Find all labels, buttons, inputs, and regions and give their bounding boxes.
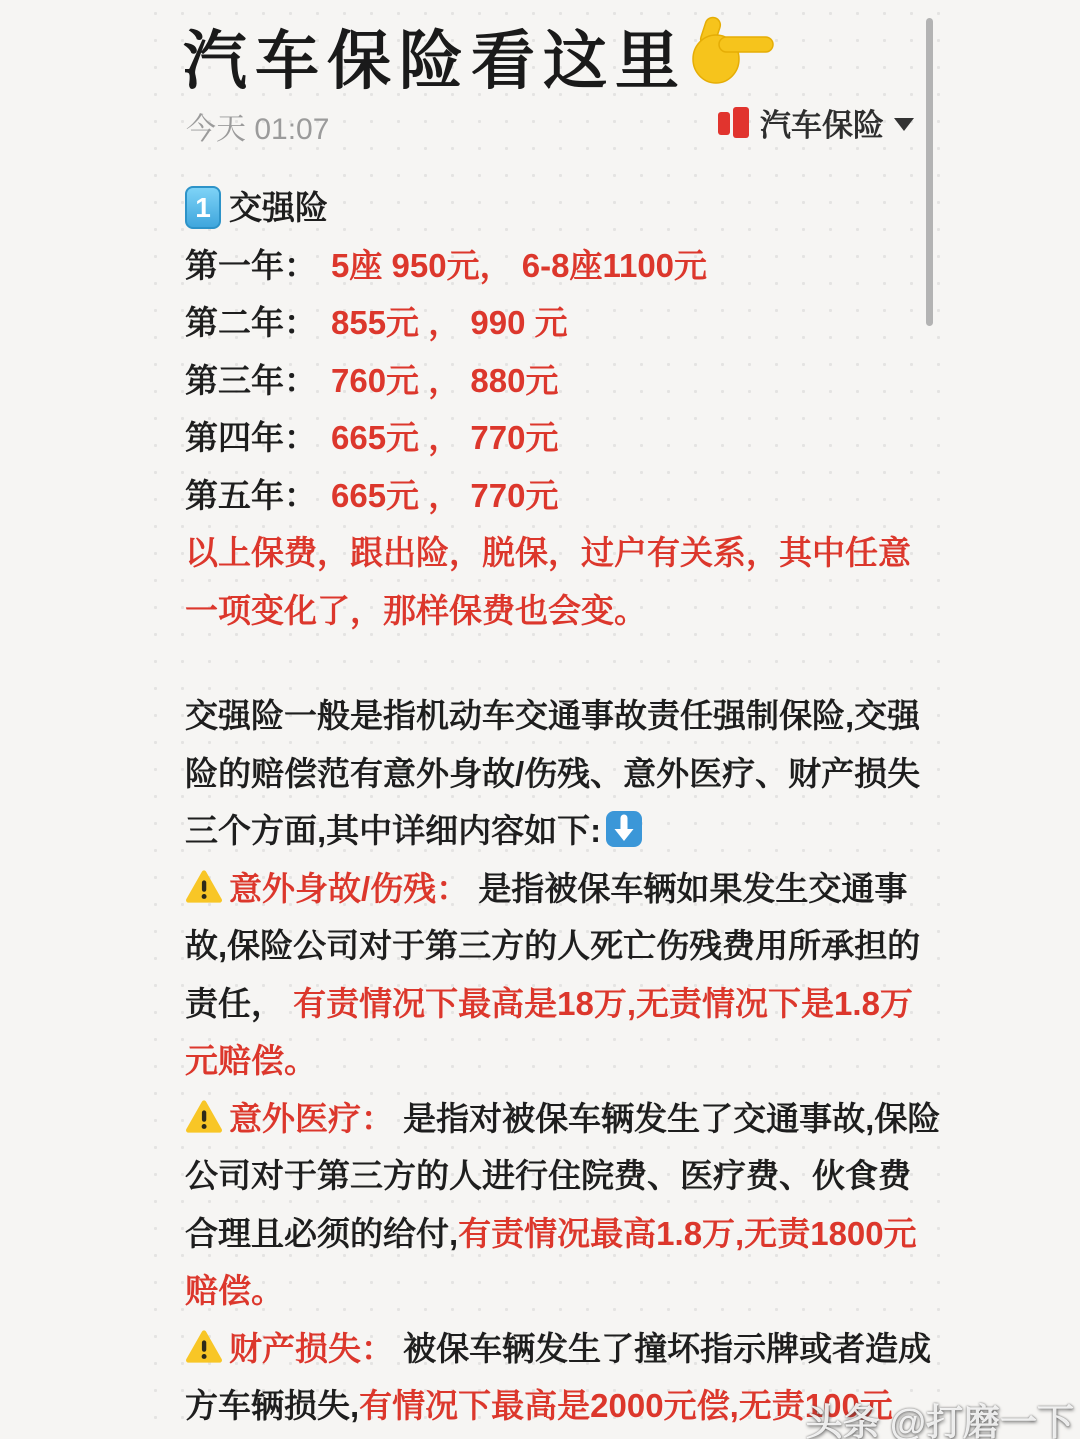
post-timestamp: 今天 01:07 xyxy=(186,104,329,148)
premium-note: 以上保费，跟出险，脱保，过户有关系，其中任意 一项变化了，那样保费也会变。 xyxy=(185,524,965,639)
row-label: 第四年： xyxy=(185,419,317,456)
row-value: 5座 950元， 6-8座1100元 xyxy=(331,247,707,284)
row-label: 第一年： xyxy=(185,247,317,284)
topic-tag[interactable]: 汽车保险 xyxy=(718,100,914,145)
price-row: 第四年：665元 ， 770元 xyxy=(185,409,965,467)
price-row: 第五年：665元 ， 770元 xyxy=(185,467,965,525)
term-title: 意外身故/伤残： xyxy=(229,870,469,907)
paragraph-shengu: 意外身故/伤残： 是指被保车辆如果发生交通事 故,保险公司对于第三方的人死亡伤残… xyxy=(185,860,965,1090)
post-title-text: 汽车保险看这里 xyxy=(183,10,687,102)
section-header-jiaoqiangxian: 1 交强险 xyxy=(185,179,965,237)
row-value: 665元 ， 770元 xyxy=(331,419,558,456)
warning-icon xyxy=(185,1095,223,1153)
pointing-right-icon xyxy=(689,15,777,102)
watermark: 头条 @打磨一下 xyxy=(806,1392,1074,1439)
down-arrow-icon xyxy=(605,808,643,866)
row-value: 855元 ， 990 元 xyxy=(331,304,568,341)
article-badge-icon xyxy=(718,106,750,140)
intro-paragraph: 交强险一般是指机动车交通事故责任强制保险,交强 险的赔偿范有意外身故/伤残、意外… xyxy=(185,687,965,860)
row-value: 760元 ， 880元 xyxy=(331,362,558,399)
row-value: 665元 ， 770元 xyxy=(331,477,558,514)
chevron-down-icon xyxy=(894,118,914,131)
term-highlight: 有责情况下最高是18万,无责情况下是1.8万 元赔偿。 xyxy=(185,985,913,1080)
intro-text: 交强险一般是指机动车交通事故责任强制保险,交强 险的赔偿范有意外身故/伤残、意外… xyxy=(185,697,920,849)
post-body: 1 交强险 第一年：5座 950元， 6-8座1100元 第二年：855元 ， … xyxy=(185,179,965,1435)
paragraph-yiliao: 意外医疗： 是指对被保车辆发生了交通事故,保险 公司对于第三方的人进行住院费、医… xyxy=(185,1090,965,1320)
topic-label: 汽车保险 xyxy=(760,100,884,145)
term-title: 意外医疗： xyxy=(229,1100,394,1137)
row-label: 第五年： xyxy=(185,477,317,514)
keycap-1-number: 1 xyxy=(195,179,211,237)
row-label: 第二年： xyxy=(185,304,317,341)
keycap-1-icon: 1 xyxy=(185,186,221,229)
row-label: 第三年： xyxy=(185,362,317,399)
warning-icon xyxy=(185,865,223,923)
price-row: 第二年：855元 ， 990 元 xyxy=(185,294,965,352)
warning-icon xyxy=(185,1325,223,1383)
post-title: 汽车保险看这里 xyxy=(183,10,777,102)
section-title: 交强险 xyxy=(229,179,328,237)
price-row: 第一年：5座 950元， 6-8座1100元 xyxy=(185,237,965,295)
price-row: 第三年：760元 ， 880元 xyxy=(185,352,965,410)
term-title: 财产损失： xyxy=(229,1330,394,1367)
